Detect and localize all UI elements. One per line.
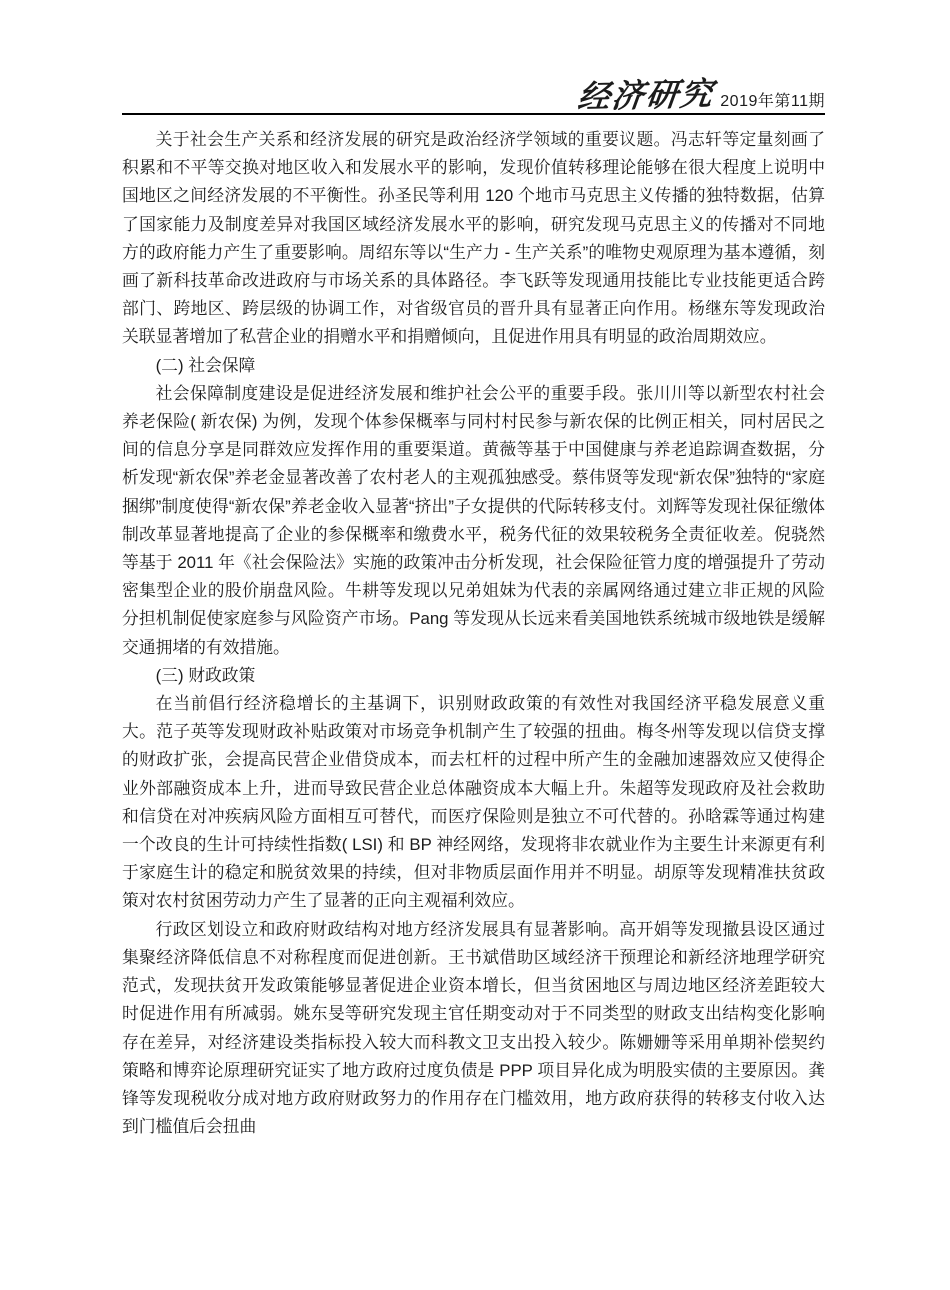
- issue-label: 2019年第11期: [720, 94, 825, 113]
- paragraph-social-security: 社会保障制度建设是促进经济发展和维护社会公平的重要手段。张川川等以新型农村社会养…: [122, 380, 825, 662]
- header-divider: [122, 113, 825, 115]
- section-heading-fiscal-policy: (三) 财政政策: [122, 662, 825, 690]
- article-body: 关于社会生产关系和经济发展的研究是政治经济学领域的重要议题。冯志轩等定量刻画了积…: [122, 126, 825, 1141]
- page-header: 经济研究 2019年第11期: [122, 76, 825, 113]
- section-heading-social-security: (二) 社会保障: [122, 352, 825, 380]
- journal-page: 经济研究 2019年第11期 关于社会生产关系和经济发展的研究是政治经济学领域的…: [0, 0, 950, 1290]
- paragraph-administrative-divisions: 行政区划设立和政府财政结构对地方经济发展具有显著影响。高开娟等发现撤县设区通过集…: [122, 916, 825, 1142]
- paragraph-political-economy: 关于社会生产关系和经济发展的研究是政治经济学领域的重要议题。冯志轩等定量刻画了积…: [122, 126, 825, 352]
- paragraph-fiscal-policy: 在当前倡行经济稳增长的主基调下，识别财政政策的有效性对我国经济平稳发展意义重大。…: [122, 690, 825, 916]
- journal-logo-calligraphy: 经济研究: [576, 77, 716, 113]
